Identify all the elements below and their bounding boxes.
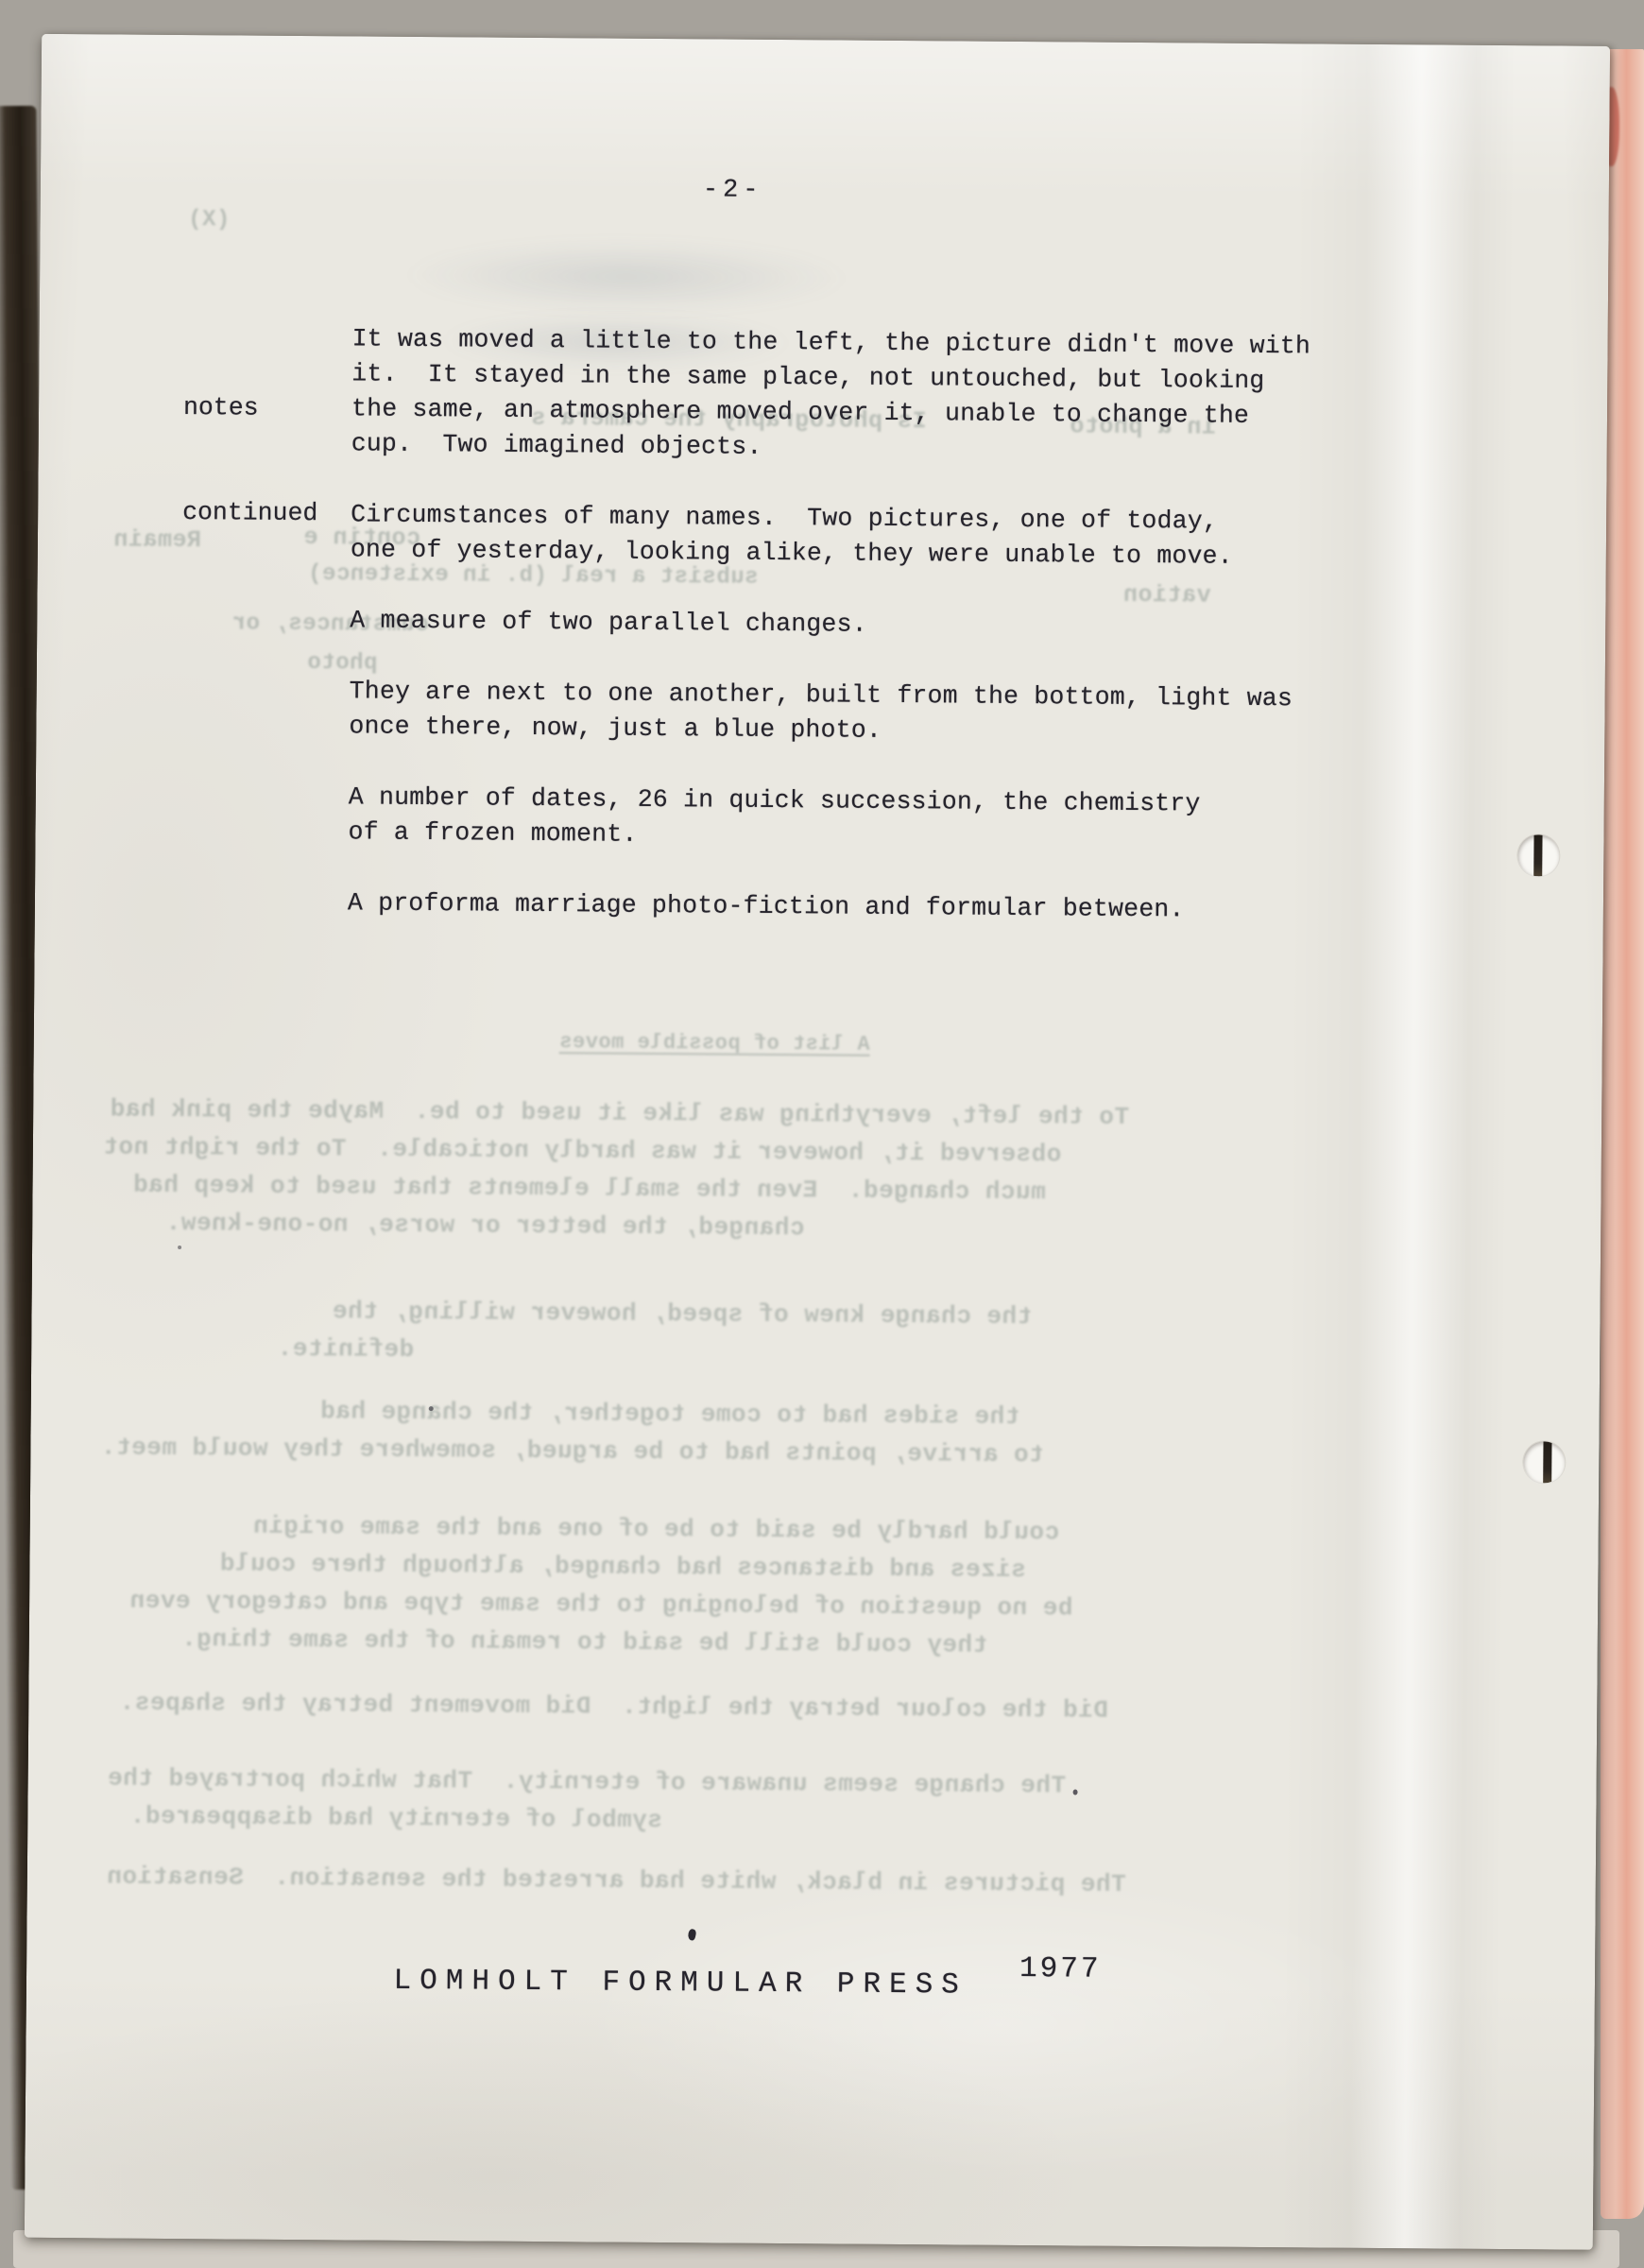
paragraph: A number of dates, 26 in quick successio…	[348, 780, 1307, 857]
paragraph: Circumstances of many names. Two picture…	[351, 497, 1310, 575]
paragraph: It was moved a little to the left, the p…	[351, 321, 1311, 469]
typed-line: A proforma marriage photo-fiction and fo…	[348, 885, 1307, 928]
ink-speck	[178, 1246, 181, 1249]
publication-year: 1977	[1019, 1952, 1102, 1986]
bleedthrough-line: The pictures in black, white had arreste…	[107, 1862, 1126, 1898]
margin-label-line: notes	[183, 390, 318, 426]
footer: LOMHOLT FORMULAR PRESS 1977	[339, 1947, 1379, 1993]
margin-label: notes continued	[181, 320, 318, 601]
ink-speck	[1073, 1789, 1078, 1795]
margin-label-line: continued	[182, 495, 317, 531]
bleedthrough-line: sizes and distances had changed, althoug…	[219, 1549, 1026, 1584]
bleedthrough-line: be no question of belonging to the same …	[129, 1587, 1073, 1623]
paragraph: A measure of two parallel changes.	[350, 603, 1309, 645]
bleedthrough-line: to arrive, points had to be argued, some…	[100, 1433, 1044, 1469]
document-page: (X)Is photography the camera'sin a photo…	[25, 34, 1610, 2250]
typed-line: one of yesterday, looking alike, they we…	[351, 532, 1310, 575]
stray-type-mark	[687, 1929, 696, 1941]
binder-ring-shadow	[1533, 834, 1542, 876]
bleedthrough-line: definite.	[277, 1334, 414, 1364]
bleedthrough-line: To the left, everything was like it used…	[110, 1094, 1129, 1130]
bleedthrough-line: the sides had to come together, the chan…	[320, 1397, 1020, 1431]
bleedthrough-line: symbol of eternity had disappeared.	[129, 1802, 662, 1834]
paragraph: A proforma marriage photo-fiction and fo…	[348, 885, 1307, 928]
page-number: -2-	[703, 176, 763, 204]
bleedthrough-smudge	[404, 238, 849, 316]
bleedthrough-line: the change knew of speed, however willin…	[332, 1297, 1032, 1331]
binder-ring-shadow	[1543, 1441, 1551, 1483]
bleedthrough-line: much changed. Even the small elements th…	[132, 1171, 1045, 1207]
punch-hole	[1523, 1441, 1565, 1483]
bleedthrough-line: A list of possible moves	[559, 1030, 870, 1057]
body-text: It was moved a little to the left, the p…	[347, 321, 1310, 964]
typed-line: A measure of two parallel changes.	[350, 603, 1309, 645]
bleedthrough-line: The change seems unaware of eternity. Th…	[108, 1763, 1067, 1799]
bleedthrough-line: observed it, however it was hardly notic…	[103, 1132, 1062, 1168]
ink-speck	[429, 1406, 434, 1411]
punch-hole	[1517, 834, 1559, 876]
paragraph: They are next to one another, built from…	[349, 674, 1308, 751]
bleedthrough-line: they could still be said to remain of th…	[181, 1624, 988, 1659]
bleedthrough-line: could hardly be said to be of one and th…	[253, 1512, 1060, 1547]
bleedthrough-line: changed, the better or worse, no-one-kne…	[165, 1209, 805, 1242]
scanned-document-photo: (X)Is photography the camera'sin a photo…	[0, 0, 1644, 2268]
bleedthrough-line: (X)	[188, 207, 231, 232]
bleedthrough-line: Did the colour betray the light. Did mov…	[119, 1689, 1108, 1725]
press-imprint: LOMHOLT FORMULAR PRESS	[393, 1965, 968, 2002]
